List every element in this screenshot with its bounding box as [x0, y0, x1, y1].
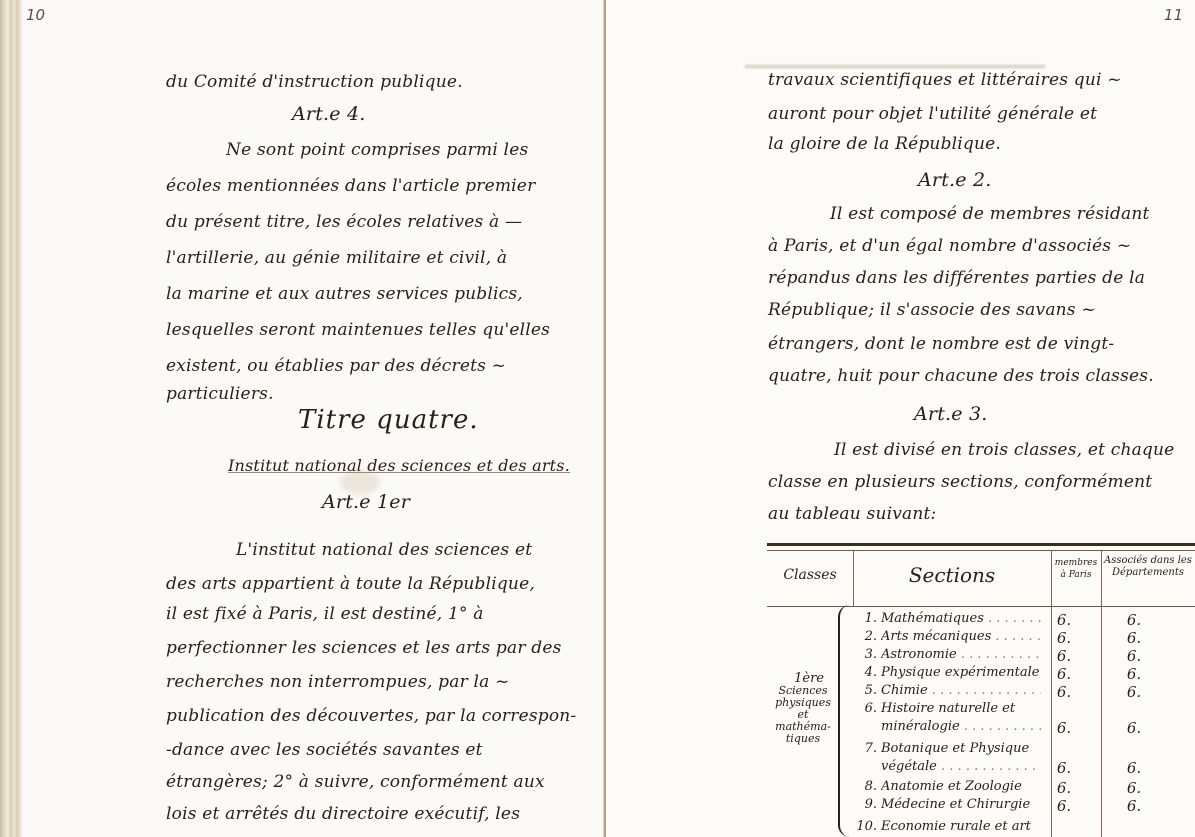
ink-stain	[340, 470, 380, 494]
table-rule	[767, 543, 1195, 546]
bleed-through-mark	[745, 65, 1045, 68]
line: classe en plusieurs sections, conforméme…	[768, 472, 1152, 492]
table-row: 3. Astronomie 6. 6.	[767, 647, 1195, 665]
line: du Comité d'instruction publique.	[166, 72, 463, 92]
line: des arts appartient à toute la Républiqu…	[166, 574, 535, 594]
line: Il est divisé en trois classes, et chaqu…	[834, 440, 1174, 460]
line: recherches non interrompues, par la ~	[166, 672, 510, 692]
line: existent, ou établies par des décrets ~	[166, 356, 506, 376]
line: perfectionner les sciences et les arts p…	[166, 638, 562, 658]
line: République; il s'associe des savans ~	[768, 300, 1096, 320]
header-classes: Classes	[767, 567, 853, 583]
section-subtitle: Institut national des sciences et des ar…	[228, 456, 570, 476]
line: particuliers.	[166, 384, 274, 404]
header-departements: Associés dans les Départements	[1101, 555, 1195, 579]
line: quatre, huit pour chacune des trois clas…	[768, 366, 1154, 386]
class-label: 1ère Sciences physiques et mathéma-tique…	[770, 673, 836, 745]
line: auront pour objet l'utilité générale et	[768, 104, 1097, 124]
line: du présent titre, les écoles relatives à…	[166, 212, 522, 232]
line: à Paris, et d'un égal nombre d'associés …	[768, 236, 1131, 256]
section-title: Titre quatre.	[298, 410, 479, 430]
line: -dance avec les sociétés savantes et	[166, 740, 483, 760]
line: lois et arrêtés du directoire exécutif, …	[166, 804, 520, 824]
table-row: 1. Mathématiques 6. 6.	[767, 611, 1195, 629]
line: Il est composé de membres résidant	[830, 204, 1150, 224]
line: au tableau suivant:	[768, 504, 936, 524]
header-sections: Sections	[853, 563, 1051, 587]
book-edge	[0, 0, 22, 837]
line: il est fixé à Paris, il est destiné, 1° …	[166, 604, 484, 624]
table-rule	[767, 550, 1195, 551]
table-row: 2. Arts mécaniques 6. 6.	[767, 629, 1195, 647]
line: lesquelles seront maintenues telles qu'e…	[166, 320, 550, 340]
header-paris: membres à Paris	[1051, 557, 1101, 581]
line: la gloire de la République.	[768, 134, 1001, 154]
table-row: 10. Economie rurale et art	[767, 819, 1195, 837]
manuscript-spread: 10 du Comité d'instruction publique. Art…	[0, 0, 1195, 837]
table-rule	[767, 606, 1195, 607]
article-heading: Art.e 2.	[918, 170, 992, 190]
curly-brace	[838, 605, 854, 837]
line: écoles mentionnées dans l'article premie…	[166, 176, 535, 196]
class-name: Sciences physiques et mathéma-tiques	[775, 684, 831, 745]
table-row: 8. Anatomie et Zoologie 6. 6.	[767, 779, 1195, 797]
table-row: végétale 6. 6.	[767, 759, 1195, 777]
line: publication des découvertes, par la corr…	[166, 706, 576, 726]
page-number-left: 10	[26, 6, 45, 24]
table-row: 9. Médecine et Chirurgie 6. 6.	[767, 797, 1195, 815]
line: étrangers, dont le nombre est de vingt-	[768, 334, 1114, 354]
line: l'artillerie, au génie militaire et civi…	[166, 248, 507, 268]
article-heading: Art.e 1er	[322, 492, 410, 512]
line: L'institut national des sciences et	[236, 540, 532, 560]
line: la marine et aux autres services publics…	[166, 284, 523, 304]
line: répandus dans les différentes parties de…	[768, 268, 1145, 288]
page-number-right: 11	[1164, 6, 1183, 24]
line: travaux scientifiques et littéraires qui…	[768, 70, 1122, 90]
left-page: 10 du Comité d'instruction publique. Art…	[0, 0, 604, 837]
article-heading: Art.e 3.	[914, 404, 988, 424]
article-heading: Art.e 4.	[292, 104, 366, 124]
line: Ne sont point comprises parmi les	[226, 140, 528, 160]
line: étrangères; 2° à suivre, conformément au…	[166, 772, 545, 792]
